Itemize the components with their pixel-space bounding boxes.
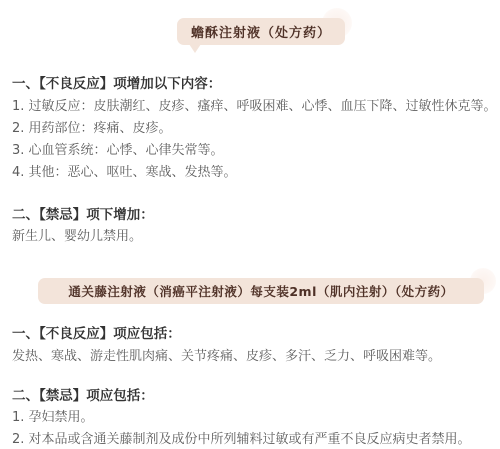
adverse-reaction-heading-2: 一、【不良反应】项应包括： [12, 322, 181, 342]
drug-banner-2-label: 通关藤注射液（消癌平注射液）每支装2ml（肌内注射）（处方药） [38, 278, 484, 304]
contraindication-item: 2. 对本品或含通关藤制剂及成份中所列辅料过敏或有严重不良反应病史者禁用。 [12, 428, 471, 447]
adverse-reaction-heading-1: 一、【不良反应】项增加以下内容： [12, 72, 221, 92]
contraindication-item: 新生儿、婴幼儿禁用。 [12, 225, 142, 244]
contraindication-item: 1. 孕妇禁用。 [12, 406, 94, 425]
drug-banner-1-label: 蟾酥注射液（处方药） [177, 18, 345, 45]
adverse-reaction-item: 4. 其他：恶心、呕吐、寒战、发热等。 [12, 161, 237, 180]
adverse-reaction-item: 发热、寒战、游走性肌肉痛、关节疼痛、皮疹、多汗、乏力、呼吸困难等。 [12, 345, 441, 364]
speech-bubble-tail [189, 44, 201, 53]
adverse-reaction-item: 3. 心血管系统：心悸、心律失常等。 [12, 139, 224, 158]
adverse-reaction-item: 1. 过敏反应：皮肤潮红、皮疹、瘙痒、呼吸困难、心悸、血压下降、过敏性休克等。 [12, 95, 497, 114]
contraindication-heading-2: 二、【禁忌】项应包括： [12, 384, 154, 404]
contraindication-heading-1: 二、【禁忌】项下增加： [12, 203, 154, 223]
drug-banner-1: 蟾酥注射液（处方药） [177, 18, 345, 45]
adverse-reaction-item: 2. 用药部位：疼痛、皮疹。 [12, 117, 172, 136]
drug-banner-2: 通关藤注射液（消癌平注射液）每支装2ml（肌内注射）（处方药） [38, 278, 484, 304]
